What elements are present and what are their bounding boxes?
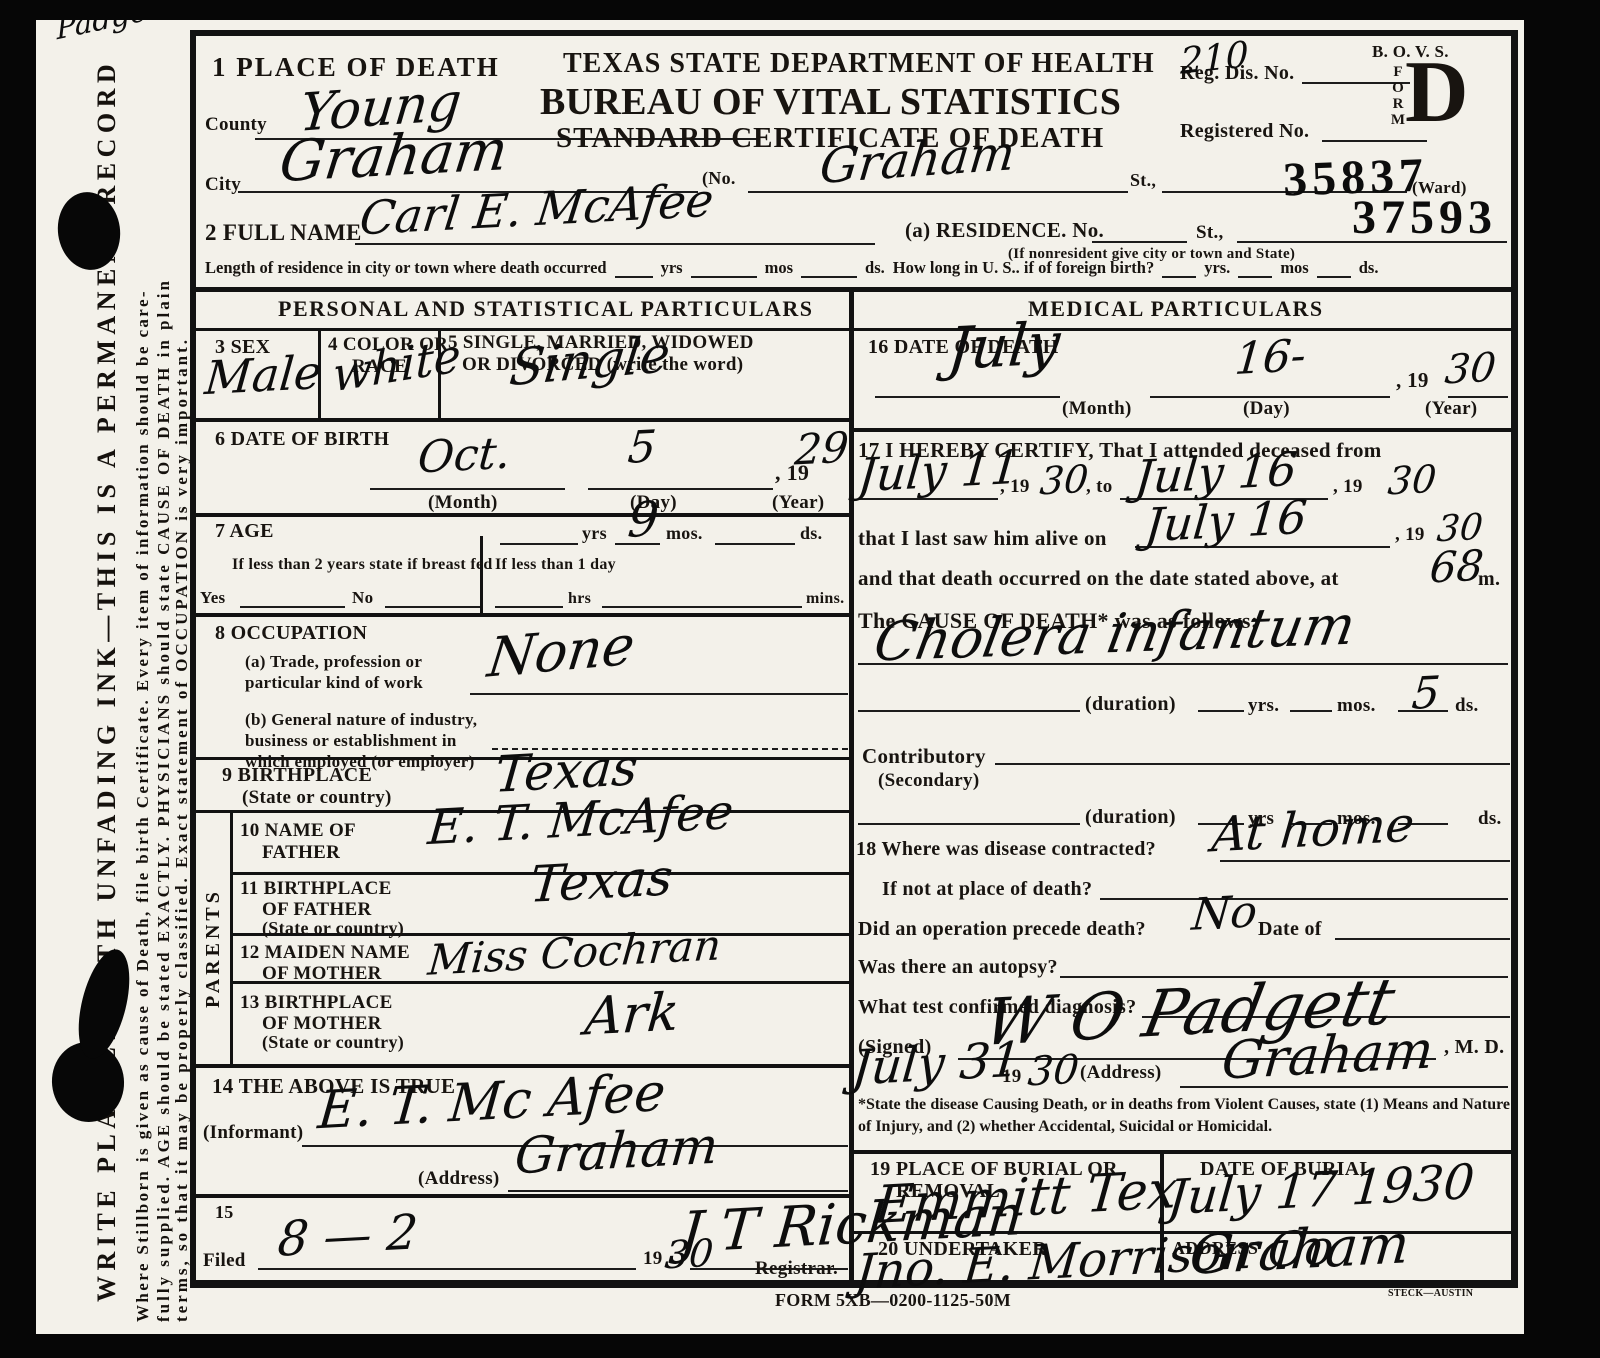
hrs-label: hrs — [568, 590, 591, 608]
occupation-b-label-1: (b) General nature of industry, — [245, 710, 477, 730]
informant-address-value: Graham — [513, 1117, 721, 1186]
blank-line — [748, 191, 1128, 193]
personal-section-title: PERSONAL AND STATISTICAL PARTICULARS — [278, 296, 814, 322]
signed-address-value: Graham — [1220, 1020, 1436, 1091]
blank-line — [1162, 262, 1196, 278]
ds2-label: ds. — [1359, 258, 1379, 278]
blank-line — [385, 606, 480, 608]
from-year-value: 30 — [1038, 457, 1090, 504]
rule-line — [1511, 30, 1518, 1288]
death-month-value: July — [945, 309, 1063, 383]
signed-address-label: (Address) — [1080, 1062, 1162, 1084]
death-occurred-statement: and that death occurred on the date stat… — [858, 566, 1339, 591]
blank-line — [1100, 898, 1508, 900]
duration-label: (duration) — [1085, 693, 1176, 716]
cause-footnote: *State the disease Causing Death, or in … — [858, 1094, 1510, 1137]
duration2-label: (duration) — [1085, 806, 1176, 829]
medical-section-title: MEDICAL PARTICULARS — [1028, 296, 1324, 322]
margin-instruction-4: terms, so that it may be properly classi… — [172, 337, 192, 1322]
parents-vertical-label: PARENTS — [202, 888, 225, 1008]
blank-line — [1290, 710, 1332, 712]
informant-address-label: (Address) — [418, 1168, 500, 1190]
registered-number-stamp: 37593 — [1352, 190, 1497, 245]
birth-day-value: 5 — [626, 421, 658, 474]
margin-instruction-3: fully supplied. AGE should be stated EXA… — [154, 278, 174, 1322]
filed-date-value: 8 — 2 — [276, 1204, 420, 1268]
age-label: 7 AGE — [215, 520, 274, 543]
blank-line — [355, 243, 875, 245]
mother-birthplace-label-3: (State or country) — [262, 1032, 404, 1053]
rule-line — [849, 428, 1516, 432]
handwritten-note: 210 — [1180, 34, 1248, 82]
bureau-title: BUREAU OF VITAL STATISTICS — [540, 80, 1121, 124]
yes-label: Yes — [200, 588, 225, 608]
length-label: Length of residence in city or town wher… — [205, 258, 607, 278]
autopsy-label: Was there an autopsy? — [858, 956, 1058, 979]
dept-title: TEXAS STATE DEPARTMENT OF HEALTH — [563, 48, 1155, 80]
age-ds-label: ds. — [800, 523, 822, 544]
county-label: County — [205, 114, 267, 136]
father-birthplace-value: Texas — [528, 848, 676, 914]
last-saw-statement: that I last saw him alive on — [858, 526, 1107, 551]
death-day-value: 16- — [1233, 330, 1308, 385]
blank-line — [495, 606, 563, 608]
blank-line — [691, 262, 757, 278]
birth-year-value: 29 — [793, 422, 851, 474]
blank-line — [858, 710, 1080, 712]
rule-line — [190, 30, 1516, 36]
blank-line — [801, 262, 857, 278]
md-label: , M. D. — [1444, 1036, 1504, 1059]
secondary-label: (Secondary) — [878, 770, 979, 792]
city-label: City — [205, 174, 241, 196]
blank-line — [258, 1268, 636, 1270]
blank-line — [1092, 241, 1187, 243]
duration-ds-label: ds. — [1455, 695, 1479, 717]
not-at-place-label: If not at place of death? — [882, 878, 1092, 901]
death-year-caption: (Year) — [1425, 398, 1477, 420]
city-value: Graham — [276, 118, 511, 195]
mos-label: mos — [765, 258, 793, 278]
father-birthplace-label-3: (State or country) — [262, 918, 404, 939]
scan-edge-top — [0, 0, 1600, 20]
age-yrs-label: yrs — [582, 523, 607, 544]
st-label: St., — [1130, 170, 1156, 191]
howlong-label: How long in U. S.. if of foreign birth? — [893, 258, 1154, 278]
yrs-label: yrs — [661, 258, 683, 278]
disease-contracted-label: 18 Where was disease contracted? — [856, 838, 1156, 861]
blank-line — [470, 693, 848, 695]
ds-label: ds. — [865, 258, 885, 278]
blank-line — [602, 606, 802, 608]
rule-line — [190, 418, 849, 422]
blank-line — [858, 823, 1080, 825]
blank-line — [995, 763, 1510, 765]
death-year-value: 30 — [1443, 345, 1498, 394]
age-mos-label: mos. — [666, 523, 703, 544]
mother-maiden-label-1: 12 MAIDEN NAME — [240, 942, 410, 964]
disease-contracted-value: At home — [1210, 797, 1417, 864]
year-caption: (Year) — [772, 492, 824, 514]
rule-line — [480, 536, 483, 615]
blank-line — [1317, 262, 1351, 278]
mother-birthplace-label-1: 13 BIRTHPLACE — [240, 992, 393, 1014]
blank-line — [500, 543, 578, 545]
informant-label: (Informant) — [203, 1122, 303, 1144]
rule-line — [190, 328, 849, 331]
rule-line — [190, 1064, 849, 1068]
father-birthplace-label-1: 11 BIRTHPLACE — [240, 878, 392, 900]
to-printed: , to — [1086, 476, 1113, 498]
blank-line — [875, 396, 1060, 398]
occupation-label: 8 OCCUPATION — [215, 622, 367, 645]
birth-month-value: Oct. — [416, 427, 513, 483]
residence-st-label: St., — [1196, 222, 1224, 244]
last-saw-date-value: July 16 — [1143, 490, 1309, 553]
occupation-value: None — [484, 613, 638, 690]
to-19-printed: , 19 — [1333, 476, 1363, 498]
rule-line — [849, 1150, 1516, 1154]
death-certificate-scan: Padgett WRITE PLAINLY WITH UNFADING INK—… — [0, 0, 1600, 1358]
scan-edge-left — [0, 0, 36, 1358]
father-name-label-1: 10 NAME OF — [240, 820, 356, 842]
blank-line — [715, 543, 795, 545]
duration-yrs-label: yrs. — [1248, 695, 1279, 717]
death-time-value: 68 — [1428, 540, 1486, 592]
mins-label: mins. — [806, 590, 844, 608]
duration-days-value: 5 — [1410, 667, 1442, 720]
blank-line — [1198, 710, 1244, 712]
undertaker-address-value: Graham — [1187, 1212, 1412, 1287]
rule-line — [190, 513, 849, 517]
sex-value: Male — [203, 345, 324, 405]
blank-line — [1335, 938, 1510, 940]
full-name-label: 2 FULL NAME — [205, 220, 362, 246]
less-than-day-note: If less than 1 day — [495, 556, 616, 574]
blank-line — [615, 262, 653, 278]
death-day-caption: (Day) — [1243, 398, 1290, 420]
residence-label: (a) RESIDENCE. No. — [905, 218, 1104, 243]
signed-date-value: July 31 — [850, 1031, 1024, 1096]
blank-line — [588, 488, 773, 490]
rule-line — [190, 613, 849, 617]
duration-mos-label: mos. — [1337, 695, 1376, 717]
date-of-label: Date of — [1258, 918, 1322, 941]
item-15-label: 15 — [215, 1202, 234, 1223]
filed-19-printed: 19 — [643, 1248, 663, 1270]
margin-instruction-2: Where Stillborn is given as cause of Dea… — [133, 289, 153, 1322]
last-19-printed: , 19 — [1395, 524, 1425, 546]
operation-value: No — [1190, 886, 1259, 941]
mother-birthplace-value: Ark — [582, 982, 681, 1047]
age-months-value: 9 — [626, 491, 661, 549]
birthplace-label: 9 BIRTHPLACE — [222, 764, 372, 787]
scan-edge-right — [1524, 0, 1600, 1358]
month-caption: (Month) — [428, 492, 498, 514]
attended-from-value: July 11 — [856, 440, 1022, 503]
to-year-value: 30 — [1386, 457, 1438, 504]
operation-label: Did an operation precede death? — [858, 918, 1146, 941]
signed-year-value: 30 — [1026, 1047, 1081, 1096]
scan-edge-bottom — [0, 1334, 1600, 1358]
father-name-label-2: FATHER — [262, 842, 340, 864]
date-of-birth-label: 6 DATE OF BIRTH — [215, 428, 389, 451]
blank-line — [1238, 262, 1272, 278]
registered-no-label: Registered No. — [1180, 120, 1309, 143]
occupation-a-label-1: (a) Trade, profession or — [245, 652, 422, 672]
printer-mark: STECK—AUSTIN — [1388, 1288, 1473, 1299]
occupation-b-label-2: business or establishment in — [245, 731, 457, 751]
no-label: No — [352, 588, 373, 608]
rule-line — [849, 287, 854, 1288]
filed-label: Filed — [203, 1250, 246, 1272]
mos2-label: mos — [1280, 258, 1308, 278]
length-of-residence-row: Length of residence in city or town wher… — [205, 258, 1378, 278]
blank-line — [370, 488, 565, 490]
death-month-caption: (Month) — [1062, 398, 1132, 420]
blank-line — [240, 606, 345, 608]
mother-maiden-label-2: OF MOTHER — [262, 963, 382, 985]
yrs2-label: yrs. — [1204, 258, 1230, 278]
breast-fed-note: If less than 2 years state if breast fed — [232, 556, 493, 574]
occupation-a-label-2: particular kind of work — [245, 673, 423, 693]
form-letter-d: D — [1405, 42, 1469, 143]
duration2-ds-label: ds. — [1478, 808, 1502, 830]
birthplace-sub-label: (State or country) — [242, 787, 392, 809]
contributory-label: Contributory — [862, 744, 986, 769]
rule-line — [230, 810, 233, 1065]
dod-19-printed: , 19 — [1396, 368, 1429, 393]
blank-line — [508, 1190, 848, 1192]
